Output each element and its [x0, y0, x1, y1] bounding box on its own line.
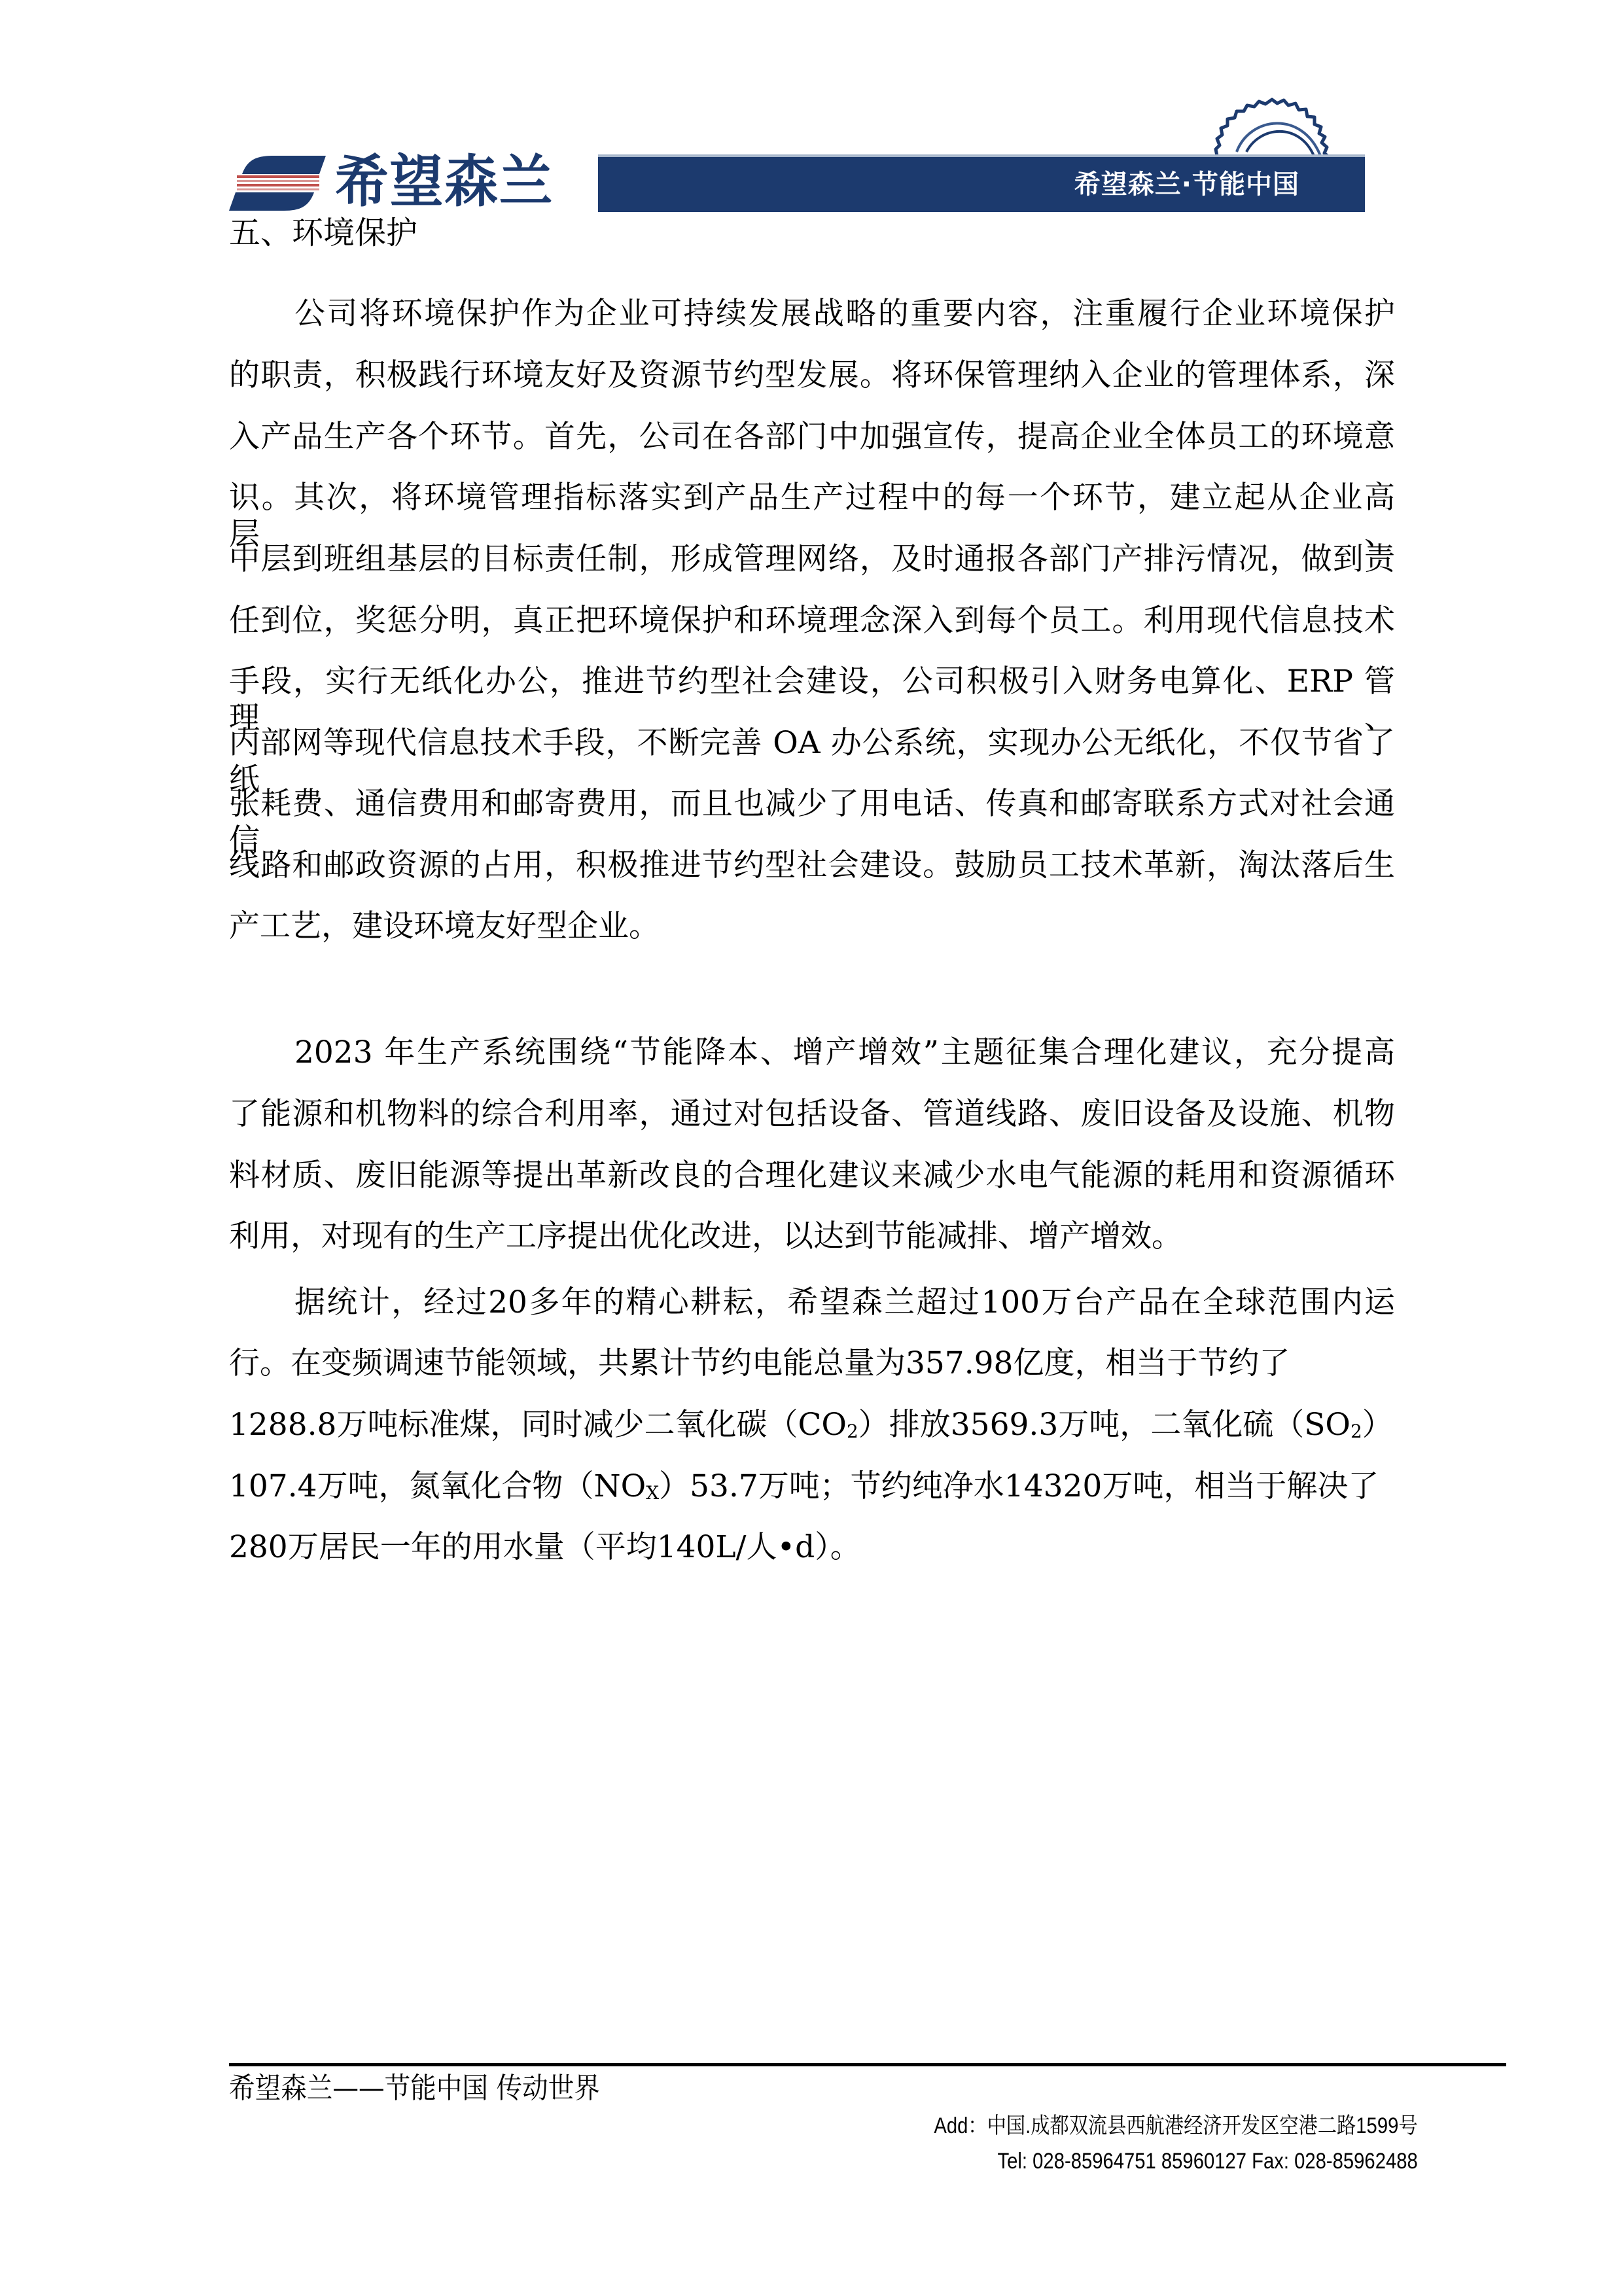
text-line: 280万居民一年的用水量（平均140L/人•d）。	[229, 1529, 1395, 1566]
logo-wordmark: 希望森兰	[335, 150, 554, 213]
text-segment: 1288.8万吨标准煤，同时减少二氧化碳（CO	[229, 1407, 847, 1443]
logo-s-mark-icon	[228, 154, 327, 212]
footer-address: Add：中国.成都双流县西航港经济开发区空港二路1599号	[934, 2112, 1418, 2140]
footer-divider	[229, 2063, 1506, 2066]
text-line: 内部网等现代信息技术手段，不断完善 OA 办公系统，实现办公无纸化，不仅节省了纸	[229, 725, 1395, 762]
subscript: 2	[1350, 1421, 1362, 1442]
subscript: 2	[847, 1421, 858, 1442]
text-line: 中层到班组基层的目标责任制，形成管理网络，及时通报各部门产排污情况，做到责	[229, 541, 1395, 578]
text-line: 入产品生产各个环节。首先，公司在各部门中加强宣传，提高企业全体员工的环境意	[229, 419, 1395, 455]
text-line: 产工艺，建设环境友好型企业。	[229, 908, 1395, 945]
text-line-co2-so2: 1288.8万吨标准煤，同时减少二氧化碳（CO2）排放3569.3万吨，二氧化硫…	[229, 1407, 1395, 1443]
footer-contact: Tel: 028-85964751 85960127 Fax: 028-8596…	[998, 2147, 1418, 2175]
text-line: 任到位，奖惩分明，真正把环境保护和环境理念深入到每个员工。利用现代信息技术	[229, 603, 1395, 639]
text-segment: ）排放3569.3万吨，二氧化硫（SO	[858, 1407, 1350, 1443]
text-line: 据统计，经过20多年的精心耕耘，希望森兰超过100万台产品在全球范围内运	[294, 1284, 1395, 1321]
footer-slogan: 希望森兰——节能中国 传动世界	[229, 2072, 600, 2106]
text-segment: ）	[1362, 1407, 1393, 1443]
text-line: 张耗费、通信费用和邮寄费用，而且也减少了用电话、传真和邮寄联系方式对社会通信	[229, 786, 1395, 822]
header-slogan: 希望森兰·节能中国	[1074, 157, 1299, 212]
text-line: 公司将环境保护作为企业可持续发展战略的重要内容，注重履行企业环境保护	[294, 296, 1395, 332]
text-line: 线路和邮政资源的占用，积极推进节约型社会建设。鼓励员工技术革新，淘汰落后生	[229, 847, 1395, 884]
text-line: 利用，对现有的生产工序提出优化改进，以达到节能减排、增产增效。	[229, 1218, 1395, 1255]
section-title: 五、环境保护	[229, 215, 417, 251]
text-segment: 107.4万吨，氮氧化合物（NO	[229, 1468, 646, 1504]
text-line: 手段，实行无纸化办公，推进节约型社会建设，公司积极引入财务电算化、ERP 管理、	[229, 663, 1395, 700]
text-line-nox: 107.4万吨，氮氧化合物（NOX）53.7万吨；节约纯净水14320万吨，相当…	[229, 1468, 1395, 1505]
text-line: 料材质、废旧能源等提出革新改良的合理化建议来减少水电气能源的耗用和资源循环	[229, 1157, 1395, 1194]
header-banner: 希望森兰·节能中国	[598, 154, 1365, 212]
gear-icon	[1210, 97, 1341, 157]
text-segment: ）53.7万吨；节约纯净水14320万吨，相当于解决了	[659, 1468, 1379, 1504]
text-line: 了能源和机物料的综合利用率，通过对包括设备、管道线路、废旧设备及设施、机物	[229, 1096, 1395, 1133]
text-line: 的职责，积极践行环境友好及资源节约型发展。将环保管理纳入企业的管理体系，深	[229, 357, 1395, 394]
text-line: 行。在变频调速节能领域，共累计节约电能总量为357.98亿度，相当于节约了	[229, 1345, 1395, 1382]
text-line: 2023 年生产系统围绕“节能降本、增产增效”主题征集合理化建议，充分提高	[294, 1034, 1395, 1071]
text-line: 识。其次，将环境管理指标落实到产品生产过程中的每一个环节，建立起从企业高层、	[229, 480, 1395, 516]
subscript: X	[646, 1482, 659, 1504]
